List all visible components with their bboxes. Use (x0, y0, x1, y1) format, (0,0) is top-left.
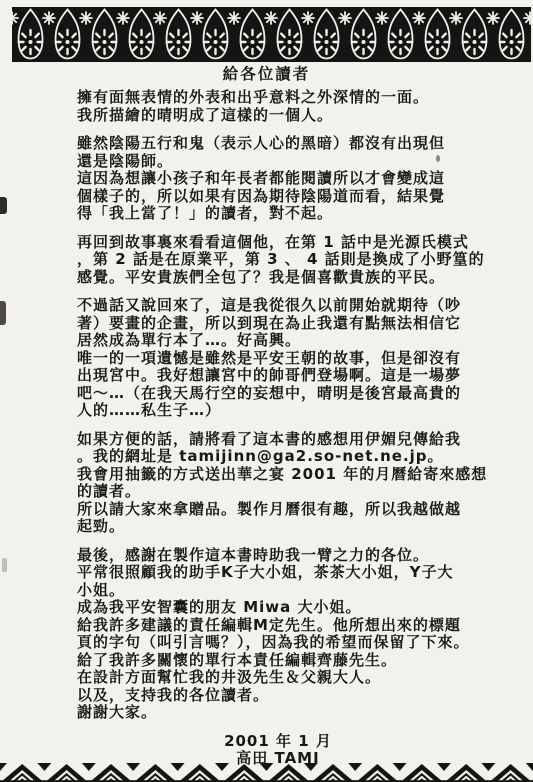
text-line: 所以請大家來拿贈品。製作月曆很有趣，所以我越做越 (77, 501, 463, 519)
scan-artifact (2, 558, 7, 572)
text-line: 雖然陰陽五行和鬼（表示人心的黑暗）都沒有出現但 (77, 135, 463, 153)
text-line email-line: 。我的網址是 tamijinn@ga2.so-net.ne.jp。 (77, 448, 463, 466)
text-line: 著）要畫的企畫，所以到現在為止我還有點無法相信它 (77, 315, 463, 333)
paragraph: 雖然陰陽五行和鬼（表示人心的黑暗）都沒有出現但 還是陰陽師。 這因為想讓小孩子和… (77, 135, 463, 223)
paragraph: 最後，感謝在製作這本書時助我一臂之力的各位。 平常很照顧我的助手K子大小姐，茶茶… (77, 547, 463, 722)
text-line: 的讀者。 (77, 483, 463, 501)
date-line: 2001 年 1 月 (93, 733, 463, 751)
text-line: 感覺。平安貴族們全包了？我是個喜歡貴族的平民。 (77, 269, 463, 287)
text-line: 最後，感謝在製作這本書時助我一臂之力的各位。 (77, 547, 463, 565)
text-line: 得「我上當了！」的讀者，對不起。 (77, 205, 463, 223)
text-line: 謝謝大家。 (77, 704, 463, 722)
text-line: 這因為想讓小孩子和年長者都能閱讀所以才會變成這 (77, 170, 463, 188)
afterword-page: 給各位讀者 擁有面無表情的外表和出乎意料之外深情的一面。 我所描繪的晴明成了這樣… (0, 0, 533, 782)
text-line: 小姐。 (77, 582, 463, 600)
paragraph: 不過話又說回來了，這是我從很久以前開始就期待（吵 著）要畫的企畫，所以到現在為止… (77, 297, 463, 420)
scan-artifact (436, 155, 440, 162)
triangle-zigzag-band-icon (0, 762, 533, 782)
text-line: 擁有面無表情的外表和出乎意料之外深情的一面。 (77, 89, 463, 107)
text-line: 給了我許多關懷的單行本責任編輯齊藤先生。 (77, 652, 463, 670)
text-line: 頁的字句（叫引言嗎？），因為我的希望而保留了下來。 (77, 634, 463, 652)
page-title: 給各位讀者 (0, 62, 533, 84)
text-line: 起勁。 (77, 518, 463, 536)
text-line: 還是陰陽師。 (77, 153, 463, 171)
text-line: 居然成為單行本了…。好高興。 (77, 332, 463, 350)
text-line: 唯一的一項遺憾是雖然是平安王朝的故事，但是卻沒有 (77, 350, 463, 368)
text-line: 個樣子的，所以如果有因為期待陰陽道而看，結果覺 (77, 188, 463, 206)
paragraph: 擁有面無表情的外表和出乎意料之外深情的一面。 我所描繪的晴明成了這樣的一個人。 (77, 89, 463, 124)
afterword-text: 擁有面無表情的外表和出乎意料之外深情的一面。 我所描繪的晴明成了這樣的一個人。 … (77, 89, 463, 768)
text-line: ，第 2 話是在原業平，第 3 、 4 話則是換成了小野篁的 (77, 251, 463, 269)
text-line: 我會用抽籤的方式送出華之宴 2001 年的月曆給寄來感想 (77, 466, 463, 484)
text-line: 出現宮中。我好想讓宮中的帥哥們登場啊。這是一場夢 (77, 367, 463, 385)
text-line: 給我許多建議的責任編輯M定先生。他所想出來的標題 (77, 617, 463, 635)
text-line: 如果方便的話，請將看了這本書的感想用伊媚兒傳給我 (77, 431, 463, 449)
text-line: 吧～…（在我天馬行空的妄想中，晴明是後宮最高貴的 (77, 385, 463, 403)
paragraph: 如果方便的話，請將看了這本書的感想用伊媚兒傳給我 。我的網址是 tamijinn… (77, 431, 463, 536)
floral-ogee-band-icon (12, 7, 531, 62)
text-line: 成為我平安智囊的朋友 Miwa 大小姐。 (77, 599, 463, 617)
text-line: 再回到故事裏來看看這個他，在第 1 話中是光源氏模式 (77, 234, 463, 252)
text-line: 在設計方面幫忙我的井汲先生＆父親大人。 (77, 669, 463, 687)
paragraph: 再回到故事裏來看看這個他，在第 1 話中是光源氏模式 ，第 2 話是在原業平，第… (77, 234, 463, 287)
text-line: 以及，支持我的各位讀者。 (77, 687, 463, 705)
text-line: 我所描繪的晴明成了這樣的一個人。 (77, 107, 463, 125)
scan-artifact (0, 197, 7, 214)
text-line: 人的……私生子…） (77, 402, 463, 420)
text-line: 平常很照顧我的助手K子大小姐，茶茶大小姐，Y子大 (77, 564, 463, 582)
text-line: 不過話又說回來了，這是我從很久以前開始就期待（吵 (77, 297, 463, 315)
scan-artifact (0, 301, 6, 325)
